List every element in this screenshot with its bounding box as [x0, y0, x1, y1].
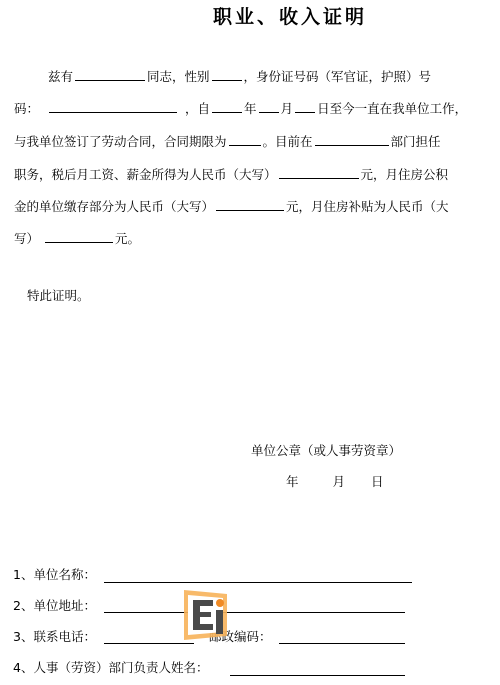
body-text: 码： [14, 101, 39, 116]
unit-name-field[interactable] [104, 582, 412, 583]
body-text: ，身份证号码（军官证，护照）号 [244, 69, 432, 84]
body-text: ，自 [185, 101, 210, 116]
date-day-label: 日 [371, 472, 384, 490]
phone-label: 3、联系电话： [13, 627, 96, 647]
body-text: 日至今一直在我单位工作， [317, 101, 467, 116]
postal-code-field[interactable] [279, 643, 405, 644]
id-number-blank[interactable] [49, 98, 177, 113]
contract-term-blank[interactable] [229, 131, 261, 146]
hr-manager-name-field[interactable] [230, 675, 405, 676]
unit-name-label: 1、单位名称： [13, 565, 96, 585]
name-blank[interactable] [75, 66, 145, 81]
body-line-3: 与我单位签订了劳动合同，合同期限为。目前在部门担任 [14, 131, 441, 151]
body-text: 元。 [115, 231, 140, 246]
body-text: 元，月住房补贴为人民币（大 [286, 199, 449, 214]
body-text: 部门担任 [391, 134, 441, 149]
housing-fund-blank[interactable] [216, 196, 284, 211]
unit-address-field[interactable] [104, 612, 405, 613]
closing-statement: 特此证明。 [27, 286, 90, 304]
date-year-label: 年 [286, 472, 299, 490]
housing-subsidy-blank[interactable] [45, 228, 113, 243]
hr-manager-label: 4、人事（劳资）部门负责人姓名： [13, 658, 208, 678]
body-text: 与我单位签订了劳动合同，合同期限为 [14, 134, 227, 149]
salary-blank[interactable] [279, 164, 359, 179]
body-text: 月 [281, 101, 294, 116]
start-month-blank[interactable] [259, 98, 279, 113]
body-text: 同志，性别 [147, 69, 210, 84]
body-text: 写） [14, 231, 39, 246]
body-line-6: 写）元。 [14, 228, 140, 248]
body-text: 职务，税后月工资、薪金所得为人民币（大写） [14, 167, 277, 182]
page-title: 职业、收入证明 [0, 2, 500, 29]
department-blank[interactable] [315, 131, 389, 146]
unit-address-label: 2、单位地址： [13, 596, 96, 616]
body-text: 元，月住房公积 [361, 167, 449, 182]
body-line-4: 职务，税后月工资、薪金所得为人民币（大写）元，月住房公积 [14, 164, 448, 184]
start-year-blank[interactable] [212, 98, 242, 113]
phone-field[interactable] [104, 643, 194, 644]
gender-blank[interactable] [212, 66, 242, 81]
start-day-blank[interactable] [295, 98, 315, 113]
ei-logo-icon [183, 588, 235, 640]
body-text: 。目前在 [263, 134, 313, 149]
body-text: 兹有 [48, 69, 73, 84]
body-line-5: 金的单位缴存部分为人民币（大写）元，月住房补贴为人民币（大 [14, 196, 449, 216]
body-text: 金的单位缴存部分为人民币（大写） [14, 199, 214, 214]
date-month-label: 月 [332, 472, 345, 490]
body-text: 年 [244, 101, 257, 116]
official-seal-label: 单位公章（或人事劳资章） [251, 441, 401, 459]
body-line-1: 兹有同志，性别，身份证号码（军官证，护照）号 [48, 66, 431, 86]
date-line: 年 月 日 [286, 472, 383, 490]
body-line-2: 码：，自年月日至今一直在我单位工作， [14, 98, 467, 118]
